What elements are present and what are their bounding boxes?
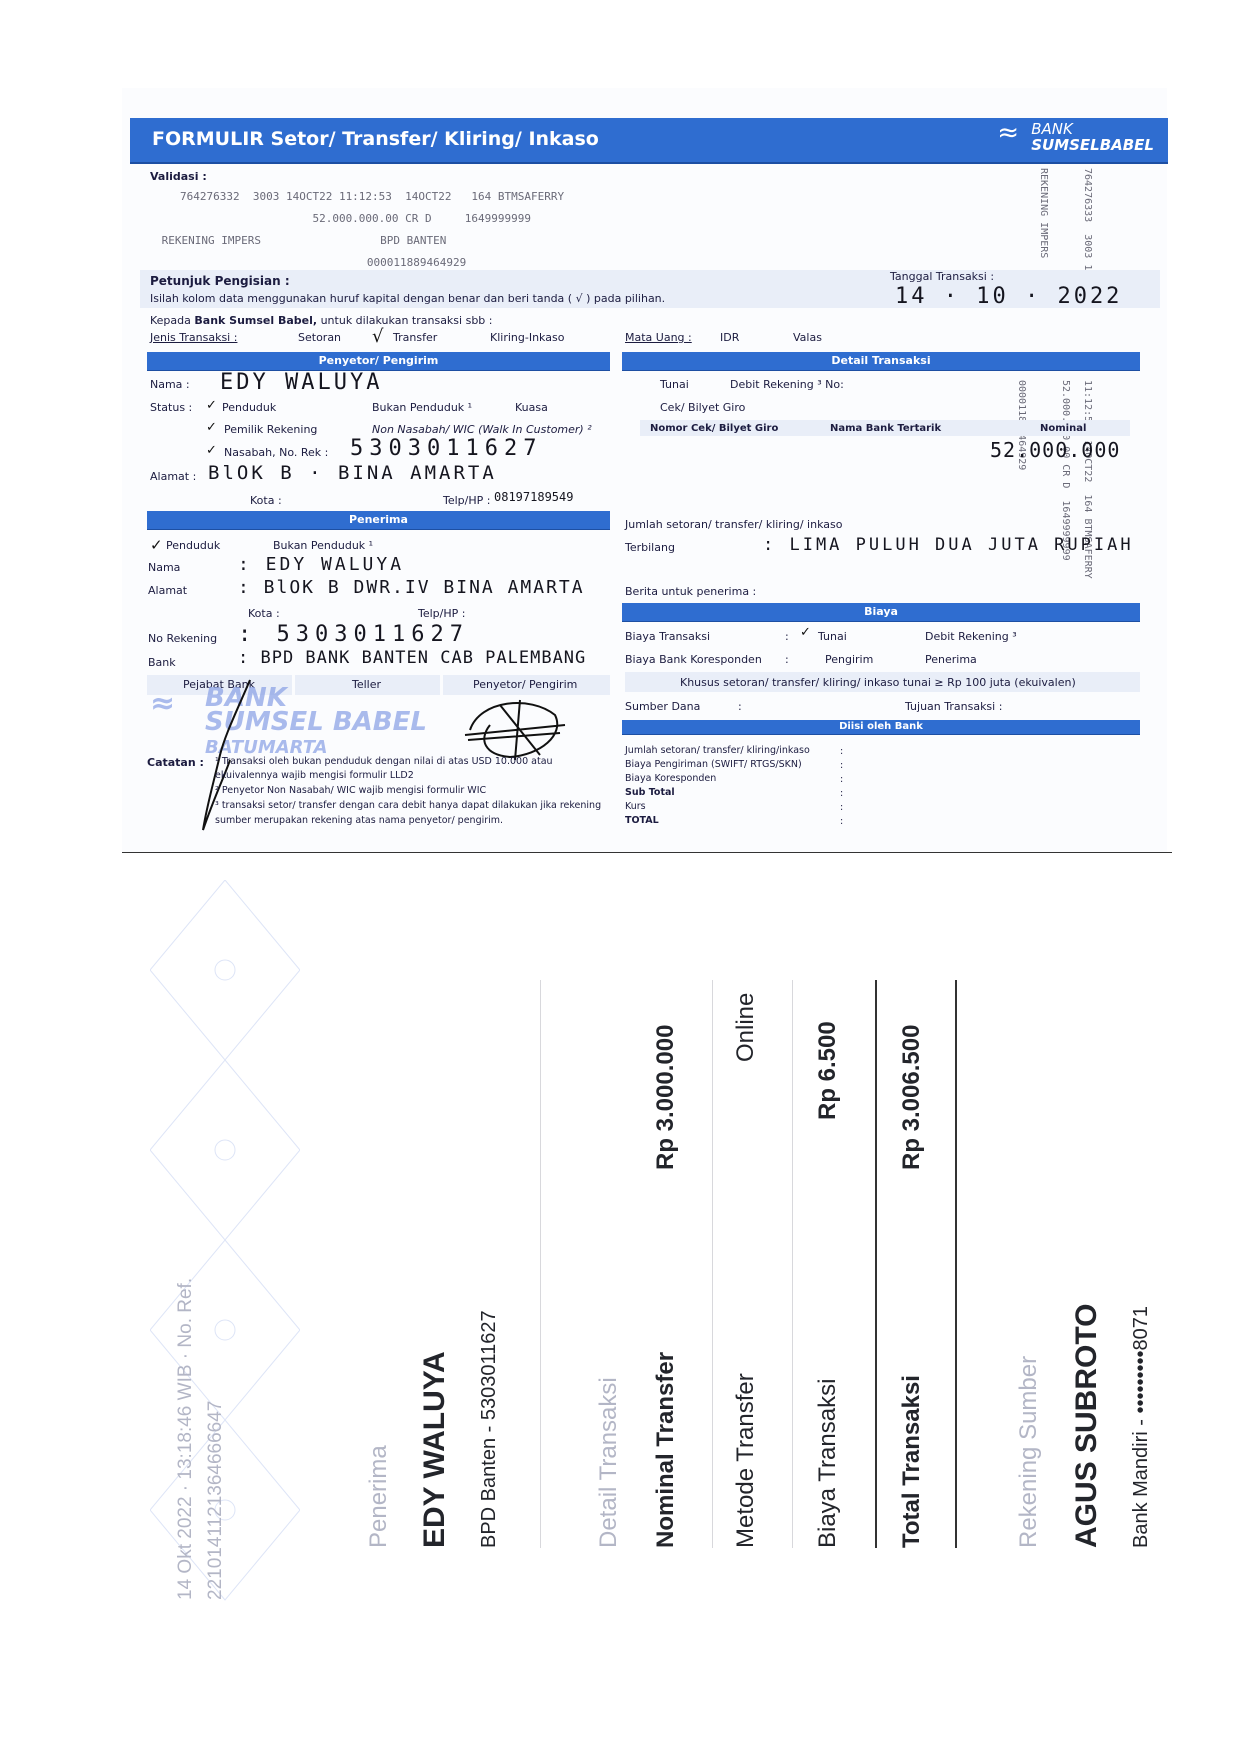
penerima-penduduk-check-icon: ✓: [150, 536, 163, 554]
validation-line-3: REKENING IMPERS BPD BANTEN: [155, 234, 446, 247]
penerima-no-rek-label: No Rekening: [148, 632, 217, 645]
detail-tunai[interactable]: Tunai: [660, 378, 689, 391]
catatan-line-3: ² Penyetor Non Nasabah/ WIC wajib mengis…: [215, 785, 486, 796]
mata-uang-label: Mata Uang :: [625, 331, 692, 344]
detail-section-header: Detail Transaksi: [622, 352, 1140, 371]
penyetor-nama-label: Nama :: [150, 378, 190, 391]
penyetor-alamat-label: Alamat :: [150, 470, 196, 483]
detail-transaksi-label: Detail Transaksi: [595, 1377, 623, 1548]
petunjuk-title: Petunjuk Pengisian :: [150, 274, 290, 288]
vertical-validation-1: REKENING IMPERS: [1038, 168, 1049, 258]
total-transaksi-value: Rp 3.006.500: [898, 1025, 926, 1170]
penyetor-telp-label: Telp/HP :: [443, 494, 490, 507]
diisi-row-3: Biaya Koresponden: [625, 773, 716, 784]
koresponden-colon: :: [785, 653, 789, 666]
biaya-section-header: Biaya: [622, 603, 1140, 622]
status-pemilik-check-icon: ✓: [206, 420, 217, 435]
status-kuasa[interactable]: Kuasa: [515, 401, 548, 414]
penerima-nama-label: Nama: [148, 561, 180, 574]
receipt-divider-4: [875, 980, 877, 1548]
diisi-colons: : : : : : :: [840, 745, 843, 829]
diisi-row-2: Biaya Pengiriman (SWIFT/ RTGS/SKN): [625, 759, 802, 770]
penerima-no-rek-value[interactable]: : 5303011627: [238, 622, 469, 647]
diisi-row-5: Kurs: [625, 801, 646, 812]
metode-transfer-label: Metode Transfer: [732, 1373, 760, 1548]
penerima-bank-label: Bank: [148, 656, 176, 669]
nominal-transfer-value: Rp 3.000.000: [652, 1025, 680, 1170]
penerima-label: Penerima: [365, 1445, 393, 1548]
penyetor-status-label: Status :: [150, 401, 192, 414]
validation-line-4: 000011889464929: [155, 256, 466, 269]
petunjuk-text: Isilah kolom data menggunakan huruf kapi…: [150, 292, 665, 305]
vertical-validation-4: 52.000.000.00 CR D 1649999999: [1060, 380, 1071, 561]
penerima-kota-label: Kota :: [248, 607, 280, 620]
detail-cek[interactable]: Cek/ Bilyet Giro: [660, 401, 745, 414]
penyetor-signature: [460, 695, 570, 765]
koresponden-penerima[interactable]: Penerima: [925, 653, 977, 666]
penerima-section-header: Penerima: [147, 511, 610, 530]
tujuan-label: Tujuan Transaksi :: [905, 700, 1002, 713]
catatan-line-2: ekuivalennya wajib mengisi formulir LLD2: [215, 770, 414, 781]
nominal-value[interactable]: 52.000.000: [990, 438, 1120, 462]
tanggal-value[interactable]: 14 · 10 · 2022: [895, 284, 1122, 309]
bank-logo: ≈ BANK SUMSELBABEL: [1031, 121, 1154, 153]
koresponden-label: Biaya Bank Koresponden: [625, 653, 762, 666]
jenis-option-setoran[interactable]: Setoran: [298, 331, 341, 344]
tanggal-label: Tanggal Transaksi :: [890, 270, 994, 283]
receipt-divider-2: [712, 980, 713, 1548]
catatan-label: Catatan :: [147, 756, 204, 769]
validation-line-2: 52.000.000.00 CR D 1649999999: [180, 212, 531, 225]
penyetor-telp-value[interactable]: 08197189549: [494, 490, 573, 504]
jumlah-label: Jumlah setoran/ transfer/ kliring/ inkas…: [625, 518, 842, 531]
jenis-transaksi-label: Jenis Transaksi :: [150, 331, 237, 344]
penerima-penduduk[interactable]: Penduduk: [166, 539, 220, 552]
form-title: FORMULIR Setor/ Transfer/ Kliring/ Inkas…: [152, 128, 599, 150]
diisi-row-4: Sub Total: [625, 787, 675, 798]
terbilang-label: Terbilang: [625, 541, 675, 554]
penerima-alamat-label: Alamat: [148, 584, 187, 597]
metode-transfer-value: Online: [732, 993, 760, 1062]
jenis-option-kliring[interactable]: Kliring-Inkaso: [490, 331, 564, 344]
status-non-nasabah[interactable]: Non Nasabah/ WIC (Walk In Customer) ²: [372, 423, 592, 436]
penyetor-nama-value[interactable]: EDY WALUYA: [220, 370, 382, 395]
catatan-line-4: ³ transaksi setor/ transfer dengan cara …: [215, 800, 601, 811]
biaya-transaksi-label: Biaya Transaksi: [625, 630, 710, 643]
form-edge: [122, 852, 1172, 853]
penerima-bank-value[interactable]: : BPD BANK BANTEN CAB PALEMBANG: [238, 648, 586, 668]
form-header: FORMULIR Setor/ Transfer/ Kliring/ Inkas…: [130, 118, 1168, 164]
diisi-bank-header: Diisi oleh Bank: [622, 720, 1140, 735]
nominal-transfer-label: Nominal Transfer: [652, 1352, 680, 1548]
receipt-datetime: 14 Okt 2022 · 13:18:46 WIB · No. Ref.: [175, 1278, 197, 1600]
jenis-option-transfer[interactable]: Transfer: [393, 331, 437, 344]
mata-uang-idr[interactable]: IDR: [720, 331, 739, 344]
kepada-line: Kepada Bank Sumsel Babel, untuk dilakuka…: [150, 314, 492, 327]
penerima-alamat-value[interactable]: : BlOK B DWR.IV BINA AMARTA: [238, 577, 585, 598]
catatan-line-1: ¹ Transaksi oleh bukan penduduk dengan n…: [215, 756, 553, 767]
receipt-divider-3: [792, 980, 793, 1548]
status-pemilik-rekening[interactable]: Pemilik Rekening: [224, 423, 317, 436]
receipt-divider-1: [540, 980, 541, 1548]
diisi-row-1: Jumlah setoran/ transfer/ kliring/inkaso: [625, 745, 810, 756]
col-nomor-cek: Nomor Cek/ Bilyet Giro: [650, 423, 778, 434]
teller-label: Teller: [352, 678, 381, 691]
status-nasabah-check-icon: ✓: [206, 443, 217, 458]
berita-label: Berita untuk penerima :: [625, 585, 756, 598]
receipt-ref-no: 2210141121364666647: [205, 1401, 227, 1600]
biaya-tunai-check-icon: ✓: [800, 625, 811, 640]
penyetor-sign-label: Penyetor/ Pengirim: [473, 678, 577, 691]
status-penduduk-check-icon: ✓: [206, 398, 217, 413]
status-bukan-penduduk[interactable]: Bukan Penduduk ¹: [372, 401, 472, 414]
mata-uang-valas[interactable]: Valas: [793, 331, 822, 344]
penerima-account: BPD Banten - 5303011627: [478, 1310, 501, 1548]
penerima-bukan-penduduk[interactable]: Bukan Penduduk ¹: [273, 539, 373, 552]
penyetor-alamat-value[interactable]: BlOK B · BINA AMARTA: [208, 462, 497, 484]
pejabat-signature: [195, 675, 265, 835]
rekening-sumber-name: AGUS SUBROTO: [1070, 1304, 1104, 1548]
validasi-label: Validasi :: [150, 170, 207, 183]
sumber-dana-label: Sumber Dana: [625, 700, 700, 713]
terbilang-value[interactable]: : LIMA PULUH DUA JUTA RUPIAH: [763, 535, 1134, 555]
penerima-name: EDY WALUYA: [418, 1351, 452, 1548]
penyetor-kota-label: Kota :: [250, 494, 282, 507]
biaya-tunai[interactable]: Tunai: [818, 630, 847, 643]
khusus-text: Khusus setoran/ transfer/ kliring/ inkas…: [680, 676, 1076, 689]
col-nama-bank: Nama Bank Tertarik: [830, 423, 941, 434]
penyetor-no-rek-value[interactable]: 5303011627: [350, 436, 542, 461]
total-transaksi-label: Total Transaksi: [898, 1375, 926, 1548]
col-nominal: Nominal: [1040, 423, 1086, 434]
status-nasabah[interactable]: Nasabah, No. Rek :: [224, 446, 328, 459]
penerima-telp-label: Telp/HP :: [418, 607, 465, 620]
jenis-transfer-check-icon: √: [372, 326, 383, 347]
penyetor-section-header: Penyetor/ Pengirim: [147, 352, 610, 371]
rekening-sumber-label: Rekening Sumber: [1015, 1356, 1043, 1548]
receipt-divider-5: [955, 980, 957, 1548]
biaya-debit[interactable]: Debit Rekening ³: [925, 630, 1017, 643]
status-penduduk[interactable]: Penduduk: [222, 401, 276, 414]
penerima-nama-value[interactable]: : EDY WALUYA: [238, 554, 404, 575]
validation-line-1: 764276332 3003 14OCT22 11:12:53 14OCT22 …: [180, 190, 564, 203]
biaya-transaksi-label: Biaya Transaksi: [814, 1379, 842, 1548]
rekening-sumber-account: Bank Mandiri - •••••••••8071: [1130, 1306, 1153, 1548]
bank-stamp-icon: ≈: [150, 686, 175, 721]
biaya-colon: :: [785, 630, 789, 643]
bank-logo-icon: ≈: [997, 125, 1019, 141]
sumber-dana-colon: :: [738, 700, 742, 713]
detail-debit[interactable]: Debit Rekening ³ No:: [730, 378, 844, 391]
diisi-row-6: TOTAL: [625, 815, 659, 826]
biaya-transaksi-value: Rp 6.500: [814, 1021, 842, 1120]
koresponden-pengirim[interactable]: Pengirim: [825, 653, 873, 666]
catatan-line-5: sumber merupakan rekening atas nama peny…: [215, 815, 503, 826]
